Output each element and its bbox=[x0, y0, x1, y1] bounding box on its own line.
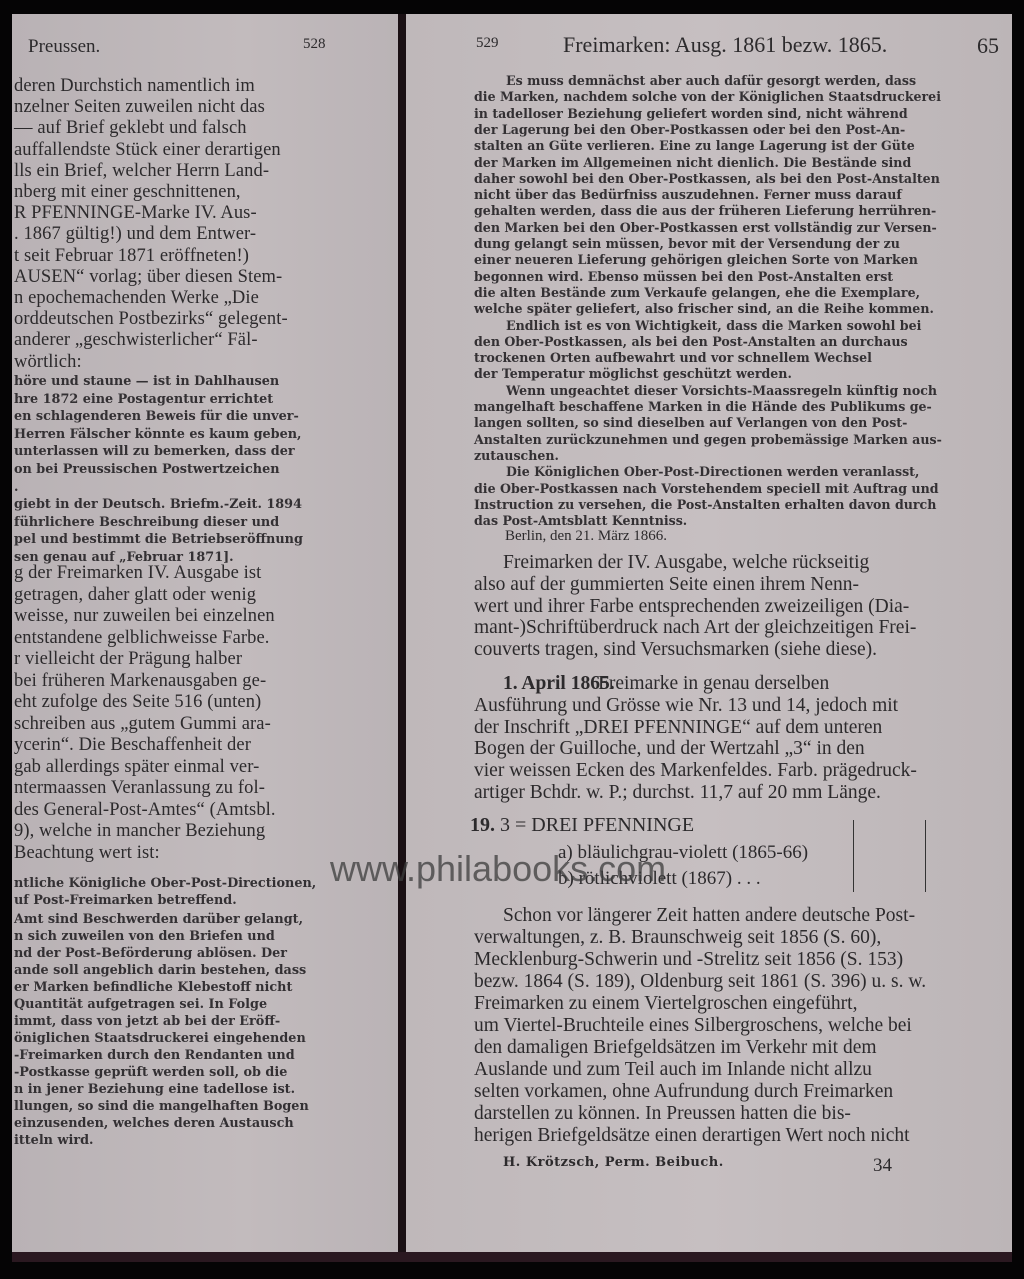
left-decree-line: -Freimarken durch den Rendanten und bbox=[14, 1048, 295, 1063]
left-body-line: auffallendste Stück einer derartigen bbox=[14, 140, 281, 161]
right-decree-line: Endlich ist es von Wichtigkeit, dass die… bbox=[506, 318, 921, 333]
right-decree-line: Die Königlichen Ober-Post-Directionen we… bbox=[506, 464, 919, 479]
left-body-line: orddeutschen Postbezirks“ gelegent- bbox=[14, 309, 288, 330]
right-body-line: Freimarke in genau derselben bbox=[598, 673, 829, 695]
right-body-line: um Viertel-Bruchteile eines Silbergrosch… bbox=[474, 1015, 912, 1037]
left-page-number: 528 bbox=[303, 36, 326, 53]
left-decree-heading: uf Post-Freimarken betreffend. bbox=[14, 893, 237, 908]
left-body-line: R PFENNINGE-Marke IV. Aus- bbox=[14, 203, 257, 224]
left-quote-line: unterlassen will zu bemerken, dass der bbox=[14, 444, 295, 459]
left-body-line: . 1867 gültig!) und dem Entwer- bbox=[14, 224, 256, 245]
left-body-line: eht zufolge des Seite 516 (unten) bbox=[14, 692, 261, 713]
catalog-column-rule bbox=[925, 820, 926, 892]
left-body-line: nberg mit einer geschnittenen, bbox=[14, 182, 241, 203]
left-decree-line: er Marken befindliche Klebestoff nicht bbox=[14, 980, 292, 995]
right-body-line: Bogen der Guilloche, und der Wertzahl „3… bbox=[474, 738, 865, 760]
left-body-line: weisse, nur zuweilen bei einzelnen bbox=[14, 606, 275, 627]
signature-mark: 34 bbox=[873, 1155, 892, 1177]
left-running-head: Preussen. bbox=[28, 36, 100, 58]
watermark: www.philabooks.com bbox=[330, 848, 666, 890]
left-body-line: Beachtung wert ist: bbox=[14, 843, 160, 864]
right-body-line: verwaltungen, z. B. Braunschweig seit 18… bbox=[474, 927, 881, 949]
left-body-line: bei früheren Markenausgaben ge- bbox=[14, 671, 266, 692]
left-body-line: getragen, daher glatt oder wenig bbox=[14, 585, 256, 606]
right-body-line: den damaligen Briefgeldsätzen im Verkehr… bbox=[474, 1037, 877, 1059]
left-decree-heading: ntliche Königliche Ober-Post-Directionen… bbox=[14, 876, 316, 891]
right-decree-line: Wenn ungeachtet dieser Vorsichts-Maassre… bbox=[506, 383, 937, 398]
right-decree-line: der Marken im Allgemeinen nicht dienlich… bbox=[474, 155, 911, 170]
right-body-line: vier weissen Ecken des Markenfeldes. Far… bbox=[474, 760, 917, 782]
left-decree-line: Quantität aufgetragen sei. In Folge bbox=[14, 997, 267, 1012]
right-decree-line: mangelhaft beschaffene Marken in die Hän… bbox=[474, 399, 932, 414]
left-body-line: lls ein Brief, welcher Herrn Land- bbox=[14, 161, 269, 182]
right-body-line: Mecklenburg-Schwerin und -Strelitz seit … bbox=[474, 949, 903, 971]
left-decree-line: immt, dass von jetzt ab bei der Eröff- bbox=[14, 1014, 280, 1029]
right-decree-line: daher sowohl bei den Ober-Postkassen, al… bbox=[474, 171, 940, 186]
left-quote-line: Herren Fälscher könnte es kaum geben, bbox=[14, 427, 302, 442]
left-quote-line: en schlagenderen Beweis für die unver- bbox=[14, 409, 299, 424]
left-body-line: n epochemachenden Werke „Die bbox=[14, 288, 259, 309]
right-decree-line: den Ober-Postkassen, als bei den Post-An… bbox=[474, 334, 908, 349]
right-body-line: Schon vor längerer Zeit hatten andere de… bbox=[503, 905, 915, 927]
right-body-line: Ausführung und Grösse wie Nr. 13 und 14,… bbox=[474, 695, 898, 717]
right-body-line: selten vorkamen, ohne Aufrundung durch F… bbox=[474, 1081, 893, 1103]
right-decree-line: Es muss demnächst aber auch dafür gesorg… bbox=[506, 73, 916, 88]
left-body-line: ycerin“. Die Beschaffenheit der bbox=[14, 735, 251, 756]
right-body-line: der Inschrift „DREI PFENNINGE“ auf dem u… bbox=[474, 717, 882, 739]
right-body-line: herigen Briefgeldsätze einen derartigen … bbox=[474, 1125, 910, 1147]
left-body-line: nzelner Seiten zuweilen nicht das bbox=[14, 97, 265, 118]
left-body-line: AUSEN“ vorlag; über diesen Stem- bbox=[14, 267, 282, 288]
right-decree-line: den Marken bei den Ober-Postkassen erst … bbox=[474, 220, 937, 235]
right-body-line: Freimarken der IV. Ausgabe, welche rücks… bbox=[503, 552, 869, 574]
left-body-line: gab allerdings später einmal ver- bbox=[14, 757, 259, 778]
right-body-line: darstellen zu können. In Preussen hatten… bbox=[474, 1103, 851, 1125]
right-decree-line: begonnen wird. Ebenso müssen bei den Pos… bbox=[474, 269, 893, 284]
left-quote-line: giebt in der Deutsch. Briefm.-Zeit. 1894 bbox=[14, 497, 302, 512]
left-quote-line: führlichere Beschreibung dieser und bbox=[14, 515, 279, 530]
left-body-line: g der Freimarken IV. Ausgabe ist bbox=[14, 563, 261, 584]
catalog-number: 19. bbox=[470, 814, 495, 836]
left-quote-line: . bbox=[14, 480, 18, 495]
right-decree-line: in tadelloser Beziehung geliefert worden… bbox=[474, 106, 908, 121]
left-body-line: entstandene gelblichweisse Farbe. bbox=[14, 628, 270, 649]
left-decree-line: nd der Post-Beförderung ablösen. Der bbox=[14, 946, 287, 961]
left-body-line: t seit Februar 1871 eröffneten!) bbox=[14, 246, 249, 267]
left-decree-line: n in jener Beziehung eine tadellose ist. bbox=[14, 1082, 295, 1097]
right-decree-line: die alten Bestände zum Verkaufe gelangen… bbox=[474, 285, 920, 300]
book-bottom-edge bbox=[12, 1252, 1012, 1262]
left-quote-line: pel und bestimmt die Betriebseröffnung bbox=[14, 532, 303, 547]
right-body-line: wert und ihrer Farbe entsprechenden zwei… bbox=[474, 596, 909, 618]
right-decree-line: gehalten werden, dass die aus der früher… bbox=[474, 203, 936, 218]
left-decree-line: llungen, so sind die mangelhaften Bogen bbox=[14, 1099, 309, 1114]
right-decree-line: die Marken, nachdem solche von der König… bbox=[474, 89, 941, 104]
left-decree-line: itteln wird. bbox=[14, 1133, 93, 1148]
left-quote-line: on bei Preussischen Postwertzeichen bbox=[14, 462, 280, 477]
right-body-line: couverts tragen, sind Versuchsmarken (si… bbox=[474, 639, 877, 661]
footer-imprint: H. Krötzsch, Perm. Beibuch. bbox=[503, 1155, 724, 1170]
left-decree-line: Amt sind Beschwerden darüber gelangt, bbox=[14, 912, 303, 927]
right-decree-line: langen sollten, so sind dieselben auf Ve… bbox=[474, 415, 907, 430]
right-decree-line: stalten an Güte verlieren. Eine zu lange… bbox=[474, 138, 915, 153]
left-decree-line: -Postkasse geprüft werden soll, ob die bbox=[14, 1065, 287, 1080]
left-body-line: des General-Post-Amtes“ (Amtsbl. bbox=[14, 800, 276, 821]
right-decree-line: der Temperatur möglichst geschützt werde… bbox=[474, 366, 792, 381]
right-running-head: Freimarken: Ausg. 1861 bezw. 1865. bbox=[563, 32, 887, 58]
catalog-value: 3 = DREI PFENNINGE bbox=[500, 814, 694, 836]
left-body-line: schreiben aus „gutem Gummi ara- bbox=[14, 714, 271, 735]
right-body-line: mant-)Schriftüberdruck nach Art der glei… bbox=[474, 617, 916, 639]
left-body-line: 9), welche in mancher Beziehung bbox=[14, 821, 265, 842]
left-quote-line: hre 1872 eine Postagentur errichtet bbox=[14, 392, 273, 407]
right-decree-line: zutauschen. bbox=[474, 448, 559, 463]
left-decree-line: n sich zuweilen von den Briefen und bbox=[14, 929, 275, 944]
right-decree-line: einer neueren Lieferung gehörigen gleich… bbox=[474, 252, 918, 267]
right-decree-line: das Post-Amtsblatt Kenntniss. bbox=[474, 513, 687, 528]
right-body-line: Freimarken zu einem Viertelgroschen eing… bbox=[474, 993, 857, 1015]
right-folio-number: 529 bbox=[476, 35, 499, 52]
right-decree-line: nicht über das Bedürfniss auszudehnen. F… bbox=[474, 187, 902, 202]
right-decree-line: dung gelangt sein müssen, bevor mit der … bbox=[474, 236, 900, 251]
left-decree-line: ande soll angeblich darin bestehen, dass bbox=[14, 963, 306, 978]
right-body-line: also auf der gummierten Seite einen ihre… bbox=[474, 574, 859, 596]
book-gutter bbox=[398, 14, 406, 1252]
catalog-entry: 19. 3 = DREI PFENNINGE bbox=[470, 814, 694, 837]
left-body-line: — auf Brief geklebt und falsch bbox=[14, 118, 247, 139]
left-body-line: ntermaassen Veranlassung zu fol- bbox=[14, 778, 265, 799]
left-body-line: wörtlich: bbox=[14, 352, 82, 373]
right-decree-line: welche später geliefert, also frischer s… bbox=[474, 301, 934, 316]
left-decree-line: öniglichen Staatsdruckerei eingehenden bbox=[14, 1031, 306, 1046]
right-body-line: bezw. 1864 (S. 189), Oldenburg seit 1861… bbox=[474, 971, 926, 993]
left-body-line: r vielleicht der Prägung halber bbox=[14, 649, 242, 670]
signature-line: Berlin, den 21. März 1866. bbox=[505, 528, 667, 545]
right-page-number: 65 bbox=[977, 33, 999, 59]
left-body-line: anderer „geschwisterlicher“ Fäl- bbox=[14, 330, 258, 351]
left-quote-line: höre und staune — ist in Dahlhausen bbox=[14, 374, 279, 389]
issue-date: 1. April 1865. bbox=[503, 673, 615, 695]
right-decree-line: die Ober-Postkassen nach Vorstehendem sp… bbox=[474, 481, 939, 496]
right-body-line: Auslande und zum Teil auch im Inlande ni… bbox=[474, 1059, 872, 1081]
left-body-line: deren Durchstich namentlich im bbox=[14, 76, 255, 97]
left-decree-line: einzusenden, welches deren Austausch bbox=[14, 1116, 294, 1131]
catalog-column-rule bbox=[853, 820, 854, 892]
right-decree-line: trockenen Orten aufbewahrt und vor schne… bbox=[474, 350, 872, 365]
right-decree-line: Anstalten zurückzunehmen und gegen probe… bbox=[474, 432, 942, 447]
right-decree-line: der Lagerung bei den Ober-Postkassen ode… bbox=[474, 122, 905, 137]
right-body-line: artiger Bchdr. w. P.; durchst. 11,7 auf … bbox=[474, 782, 881, 804]
right-decree-line: Instruction zu versehen, die Post-Anstal… bbox=[474, 497, 936, 512]
